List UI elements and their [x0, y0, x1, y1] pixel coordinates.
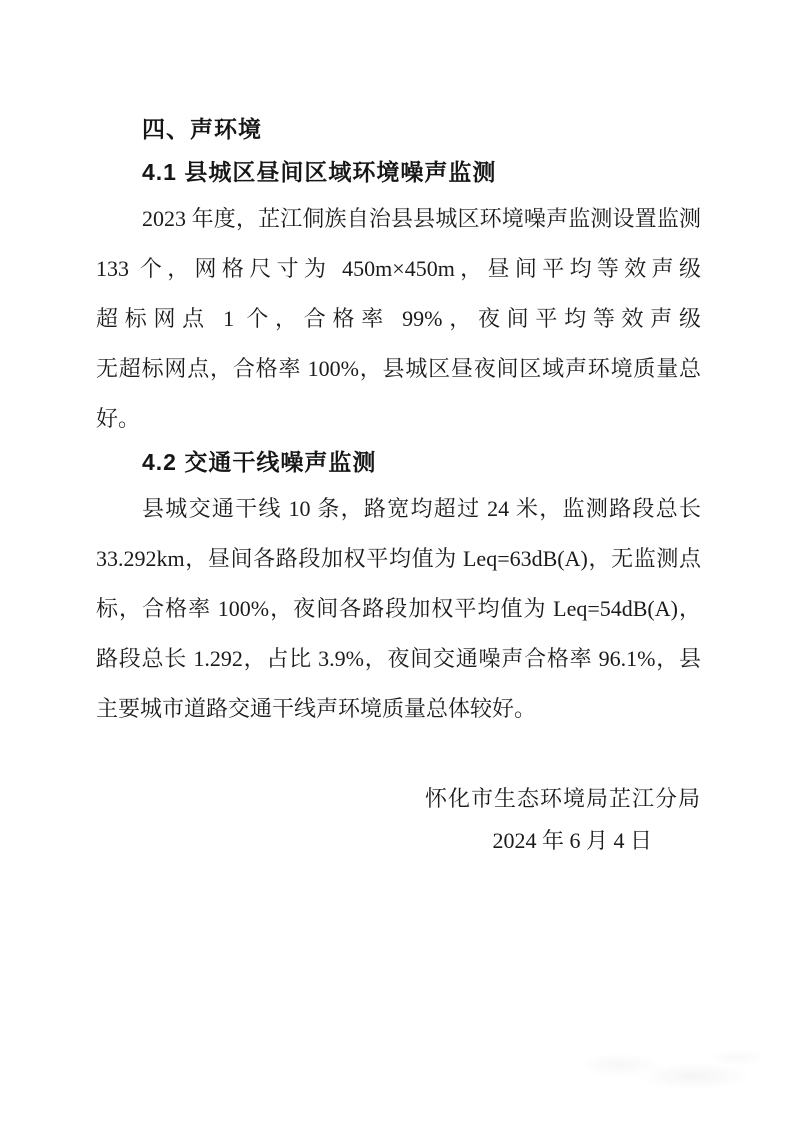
paragraph-line: 133 个，网格尺寸为 450m×450m，昼间平均等效声级 Leq=53dB(…	[96, 244, 701, 294]
signature-block: 怀化市生态环境局芷江分局 2024 年 6 月 4 日	[96, 786, 701, 853]
paragraph-line: 无超标网点，合格率 100%，县城区昼夜间区域声环境质量总体较	[96, 344, 701, 394]
section-title: 四、声环境	[142, 117, 701, 141]
paragraph-line: 标，合格率 100%，夜间各路段加权平均值为 Leq=54dB(A)，超标	[96, 584, 701, 634]
paragraph-noise-regional: 2023 年度，芷江侗族自治县县城区环境噪声监测设置监测点 133 个，网格尺寸…	[96, 194, 701, 444]
paragraph-noise-traffic: 县城交通干线 10 条，路宽均超过 24 米，监测路段总长 33.292km，昼…	[96, 484, 701, 734]
paragraph-line: 县城交通干线 10 条，路宽均超过 24 米，监测路段总长	[96, 484, 701, 534]
scan-noise-artifact	[555, 1035, 770, 1110]
signature-date: 2024 年 6 月 4 日	[96, 829, 701, 853]
paragraph-line: 路段总长 1.292，占比 3.9%，夜间交通噪声合格率 96.1%，县城区	[96, 634, 701, 684]
paragraph-line: 2023 年度，芷江侗族自治县县城区环境噪声监测设置监测点	[96, 194, 701, 244]
paragraph-line: 主要城市道路交通干线声环境质量总体较好。	[96, 684, 701, 734]
signature-agency: 怀化市生态环境局芷江分局	[96, 786, 701, 812]
paragraph-line: 超标网点 1 个，合格率 99%，夜间平均等效声级 Leq=44.4dB(A)，	[96, 294, 701, 344]
subsection-heading-4-2: 4.2 交通干线噪声监测	[142, 450, 701, 474]
document-content: 四、声环境 4.1 县城区昼间区域环境噪声监测 2023 年度，芷江侗族自治县县…	[96, 117, 701, 853]
paragraph-line: 好。	[96, 394, 701, 444]
paragraph-line: 33.292km，昼间各路段加权平均值为 Leq=63dB(A)，无监测点超	[96, 534, 701, 584]
subsection-heading-4-1: 4.1 县城区昼间区域环境噪声监测	[142, 160, 701, 184]
document-page: 四、声环境 4.1 县城区昼间区域环境噪声监测 2023 年度，芷江侗族自治县县…	[0, 0, 793, 1121]
